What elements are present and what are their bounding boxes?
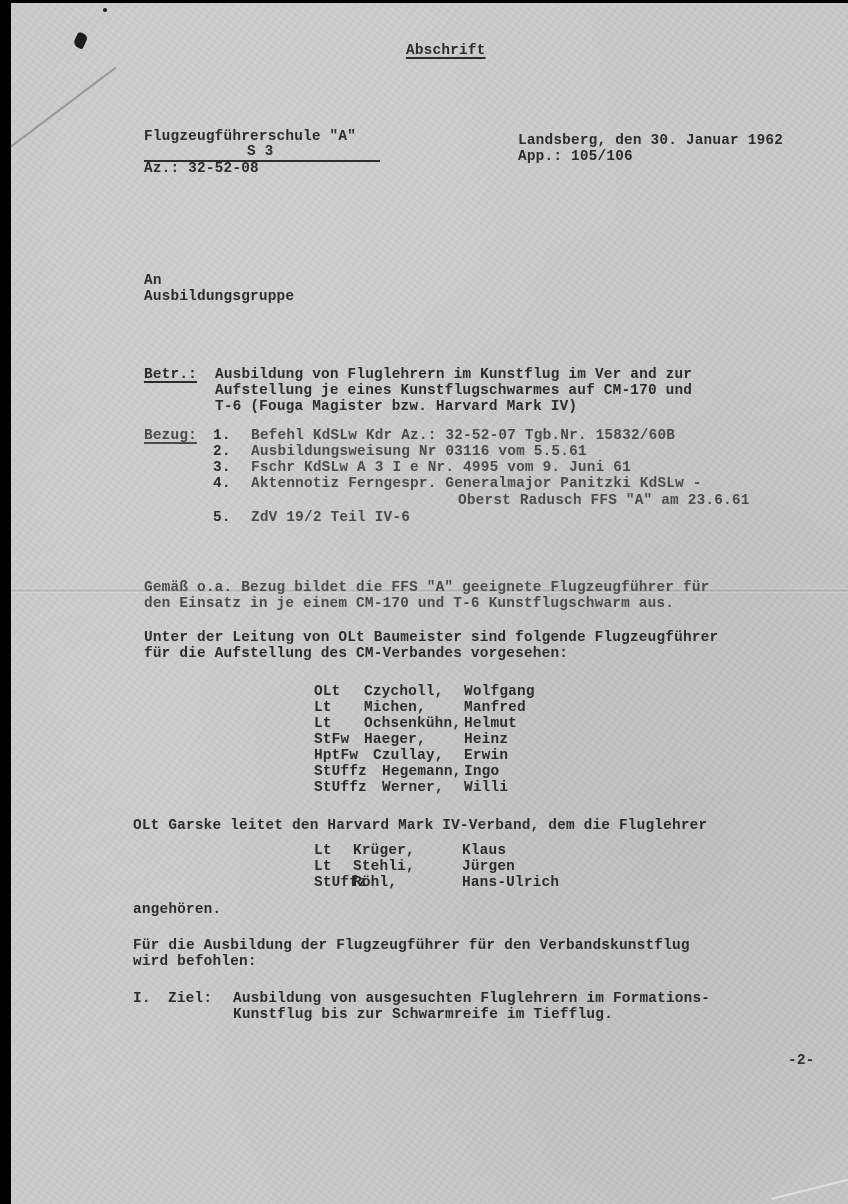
reference-text: ZdV 19/2 Teil IV-6 bbox=[251, 510, 410, 527]
pilot-surname: Werner, bbox=[382, 780, 444, 797]
subject-label: Betr.: bbox=[144, 367, 197, 384]
reference-number: 4. bbox=[213, 476, 231, 493]
pilot-surname: Hegemann, bbox=[382, 764, 462, 781]
subject-line: T-6 (Fouga Magister bzw. Harvard Mark IV… bbox=[215, 399, 577, 416]
reference-text: Ausbildungsweisung Nr 03116 vom 5.5.61 bbox=[251, 444, 587, 461]
pilot-rank: Lt bbox=[314, 716, 332, 733]
paragraph-line: Gemäß o.a. Bezug bildet die FFS "A" geei… bbox=[144, 580, 710, 597]
document-title: Abschrift bbox=[406, 43, 486, 60]
pilot-first-name: Jürgen bbox=[462, 859, 515, 876]
recipient-name: Ausbildungsgruppe bbox=[144, 289, 294, 306]
diagonal-crease bbox=[0, 67, 116, 164]
reference-number: 1. bbox=[213, 428, 231, 445]
paragraph-line: den Einsatz in je einem CM-170 und T-6 K… bbox=[144, 596, 674, 613]
pilot-first-name: Helmut bbox=[464, 716, 517, 733]
pilot-rank: Lt bbox=[314, 859, 332, 876]
pilot-rank: StFw bbox=[314, 732, 349, 749]
reference-text: Aktennotiz Ferngespr. Generalmajor Panit… bbox=[251, 476, 702, 493]
pilot-first-name: Ingo bbox=[464, 764, 499, 781]
pilot-rank: StUffz bbox=[314, 764, 367, 781]
pilot-surname: Krüger, bbox=[353, 843, 415, 860]
pilot-rank: Lt bbox=[314, 700, 332, 717]
pilot-rank: StUffz bbox=[314, 780, 367, 797]
phone-extension: App.: 105/106 bbox=[518, 149, 633, 166]
section-label: Ziel: bbox=[168, 991, 212, 1008]
section-line: Kunstflug bis zur Schwarmreife im Tieffl… bbox=[233, 1007, 613, 1024]
reference-text: Fschr KdSLw A 3 I e Nr. 4995 vom 9. Juni… bbox=[251, 460, 631, 477]
pilot-surname: Czullay, bbox=[373, 748, 444, 765]
pilot-first-name: Klaus bbox=[462, 843, 506, 860]
reference-text: Befehl KdSLw Kdr Az.: 32-52-07 Tgb.Nr. 1… bbox=[251, 428, 675, 445]
references-label: Bezug: bbox=[144, 428, 197, 445]
section-line: Ausbildung von ausgesuchten Fluglehrern … bbox=[233, 991, 710, 1008]
paragraph-line: wird befohlen: bbox=[133, 954, 257, 971]
pilot-surname: Haeger, bbox=[364, 732, 426, 749]
pilot-surname: Czycholl, bbox=[364, 684, 444, 701]
corner-crease bbox=[771, 1171, 848, 1199]
subject-line: Aufstellung je eines Kunstflugschwarmes … bbox=[215, 383, 692, 400]
pilot-rank: Lt bbox=[314, 843, 332, 860]
subject-line: Ausbildung von Fluglehrern im Kunstflug … bbox=[215, 367, 692, 384]
recipient-prefix: An bbox=[144, 273, 162, 290]
pilot-first-name: Wolfgang bbox=[464, 684, 535, 701]
ink-dot-mark bbox=[103, 8, 107, 12]
paragraph-line: angehören. bbox=[133, 902, 221, 919]
ink-blot-mark bbox=[72, 31, 88, 49]
pilot-first-name: Hans-Ulrich bbox=[462, 875, 559, 892]
pilot-rank: HptFw bbox=[314, 748, 358, 765]
paragraph-line: OLt Garske leitet den Harvard Mark IV-Ve… bbox=[133, 818, 707, 835]
reference-text-continued: Oberst Radusch FFS "A" am 23.6.61 bbox=[458, 493, 750, 510]
pilot-rank: OLt bbox=[314, 684, 341, 701]
paragraph-line: für die Aufstellung des CM-Verbandes vor… bbox=[144, 646, 568, 663]
reference-number: 5. bbox=[213, 510, 231, 527]
paragraph-line: Für die Ausbildung der Flugzeugführer fü… bbox=[133, 938, 690, 955]
sender-section: S 3 bbox=[247, 144, 274, 161]
pilot-surname: Ochsenkühn, bbox=[364, 716, 461, 733]
pilot-first-name: Manfred bbox=[464, 700, 526, 717]
paragraph-line: Unter der Leitung von OLt Baumeister sin… bbox=[144, 630, 718, 647]
pilot-first-name: Heinz bbox=[464, 732, 508, 749]
pilot-surname: Röhl, bbox=[353, 875, 397, 892]
sender-reference: Az.: 32-52-08 bbox=[144, 161, 259, 178]
pilot-first-name: Willi bbox=[464, 780, 508, 797]
pilot-first-name: Erwin bbox=[464, 748, 508, 765]
pilot-surname: Stehli, bbox=[353, 859, 415, 876]
reference-number: 2. bbox=[213, 444, 231, 461]
place-date: Landsberg, den 30. Januar 1962 bbox=[518, 133, 783, 150]
pilot-surname: Michen, bbox=[364, 700, 426, 717]
reference-number: 3. bbox=[213, 460, 231, 477]
section-number: I. bbox=[133, 991, 151, 1008]
document-page: Abschrift Flugzeugführerschule "A" S 3 A… bbox=[11, 3, 848, 1204]
page-marker: -2- bbox=[788, 1053, 815, 1070]
